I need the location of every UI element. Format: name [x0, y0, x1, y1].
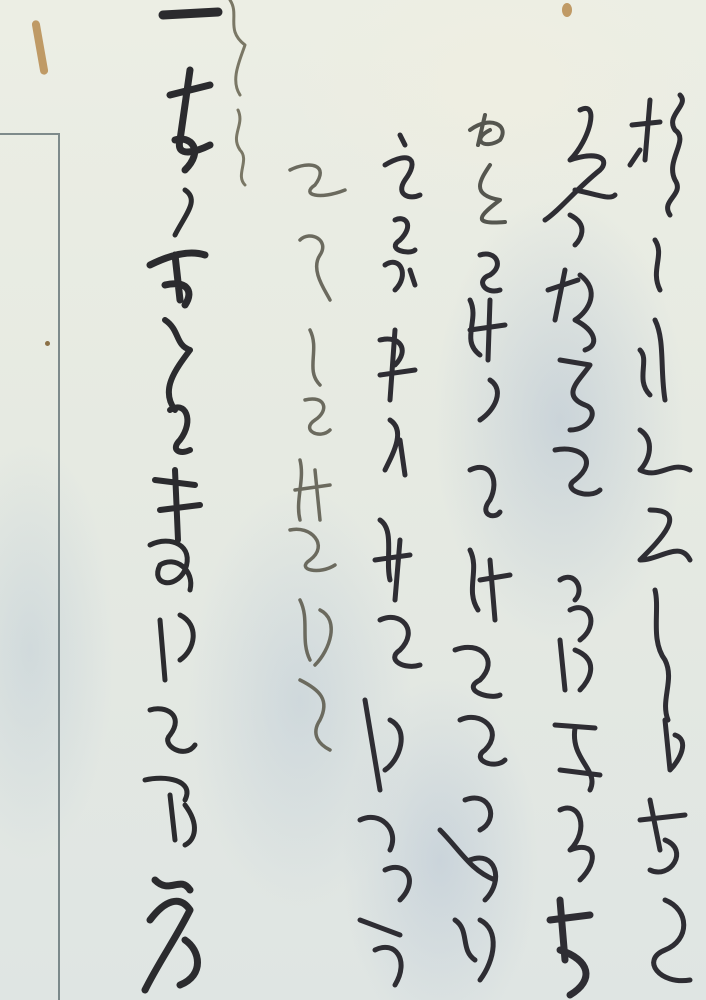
column-6-strokes: [230, 0, 245, 185]
column-3-strokes-dark: [440, 254, 510, 980]
column-4-strokes: [360, 135, 420, 985]
column-5-strokes: [290, 165, 345, 750]
column-1-strokes: [630, 95, 690, 981]
calligraphy-layer: [0, 0, 706, 1000]
column-7-strokes: [145, 12, 218, 990]
column-3-strokes: [470, 115, 505, 223]
column-2-strokes: [545, 108, 615, 995]
